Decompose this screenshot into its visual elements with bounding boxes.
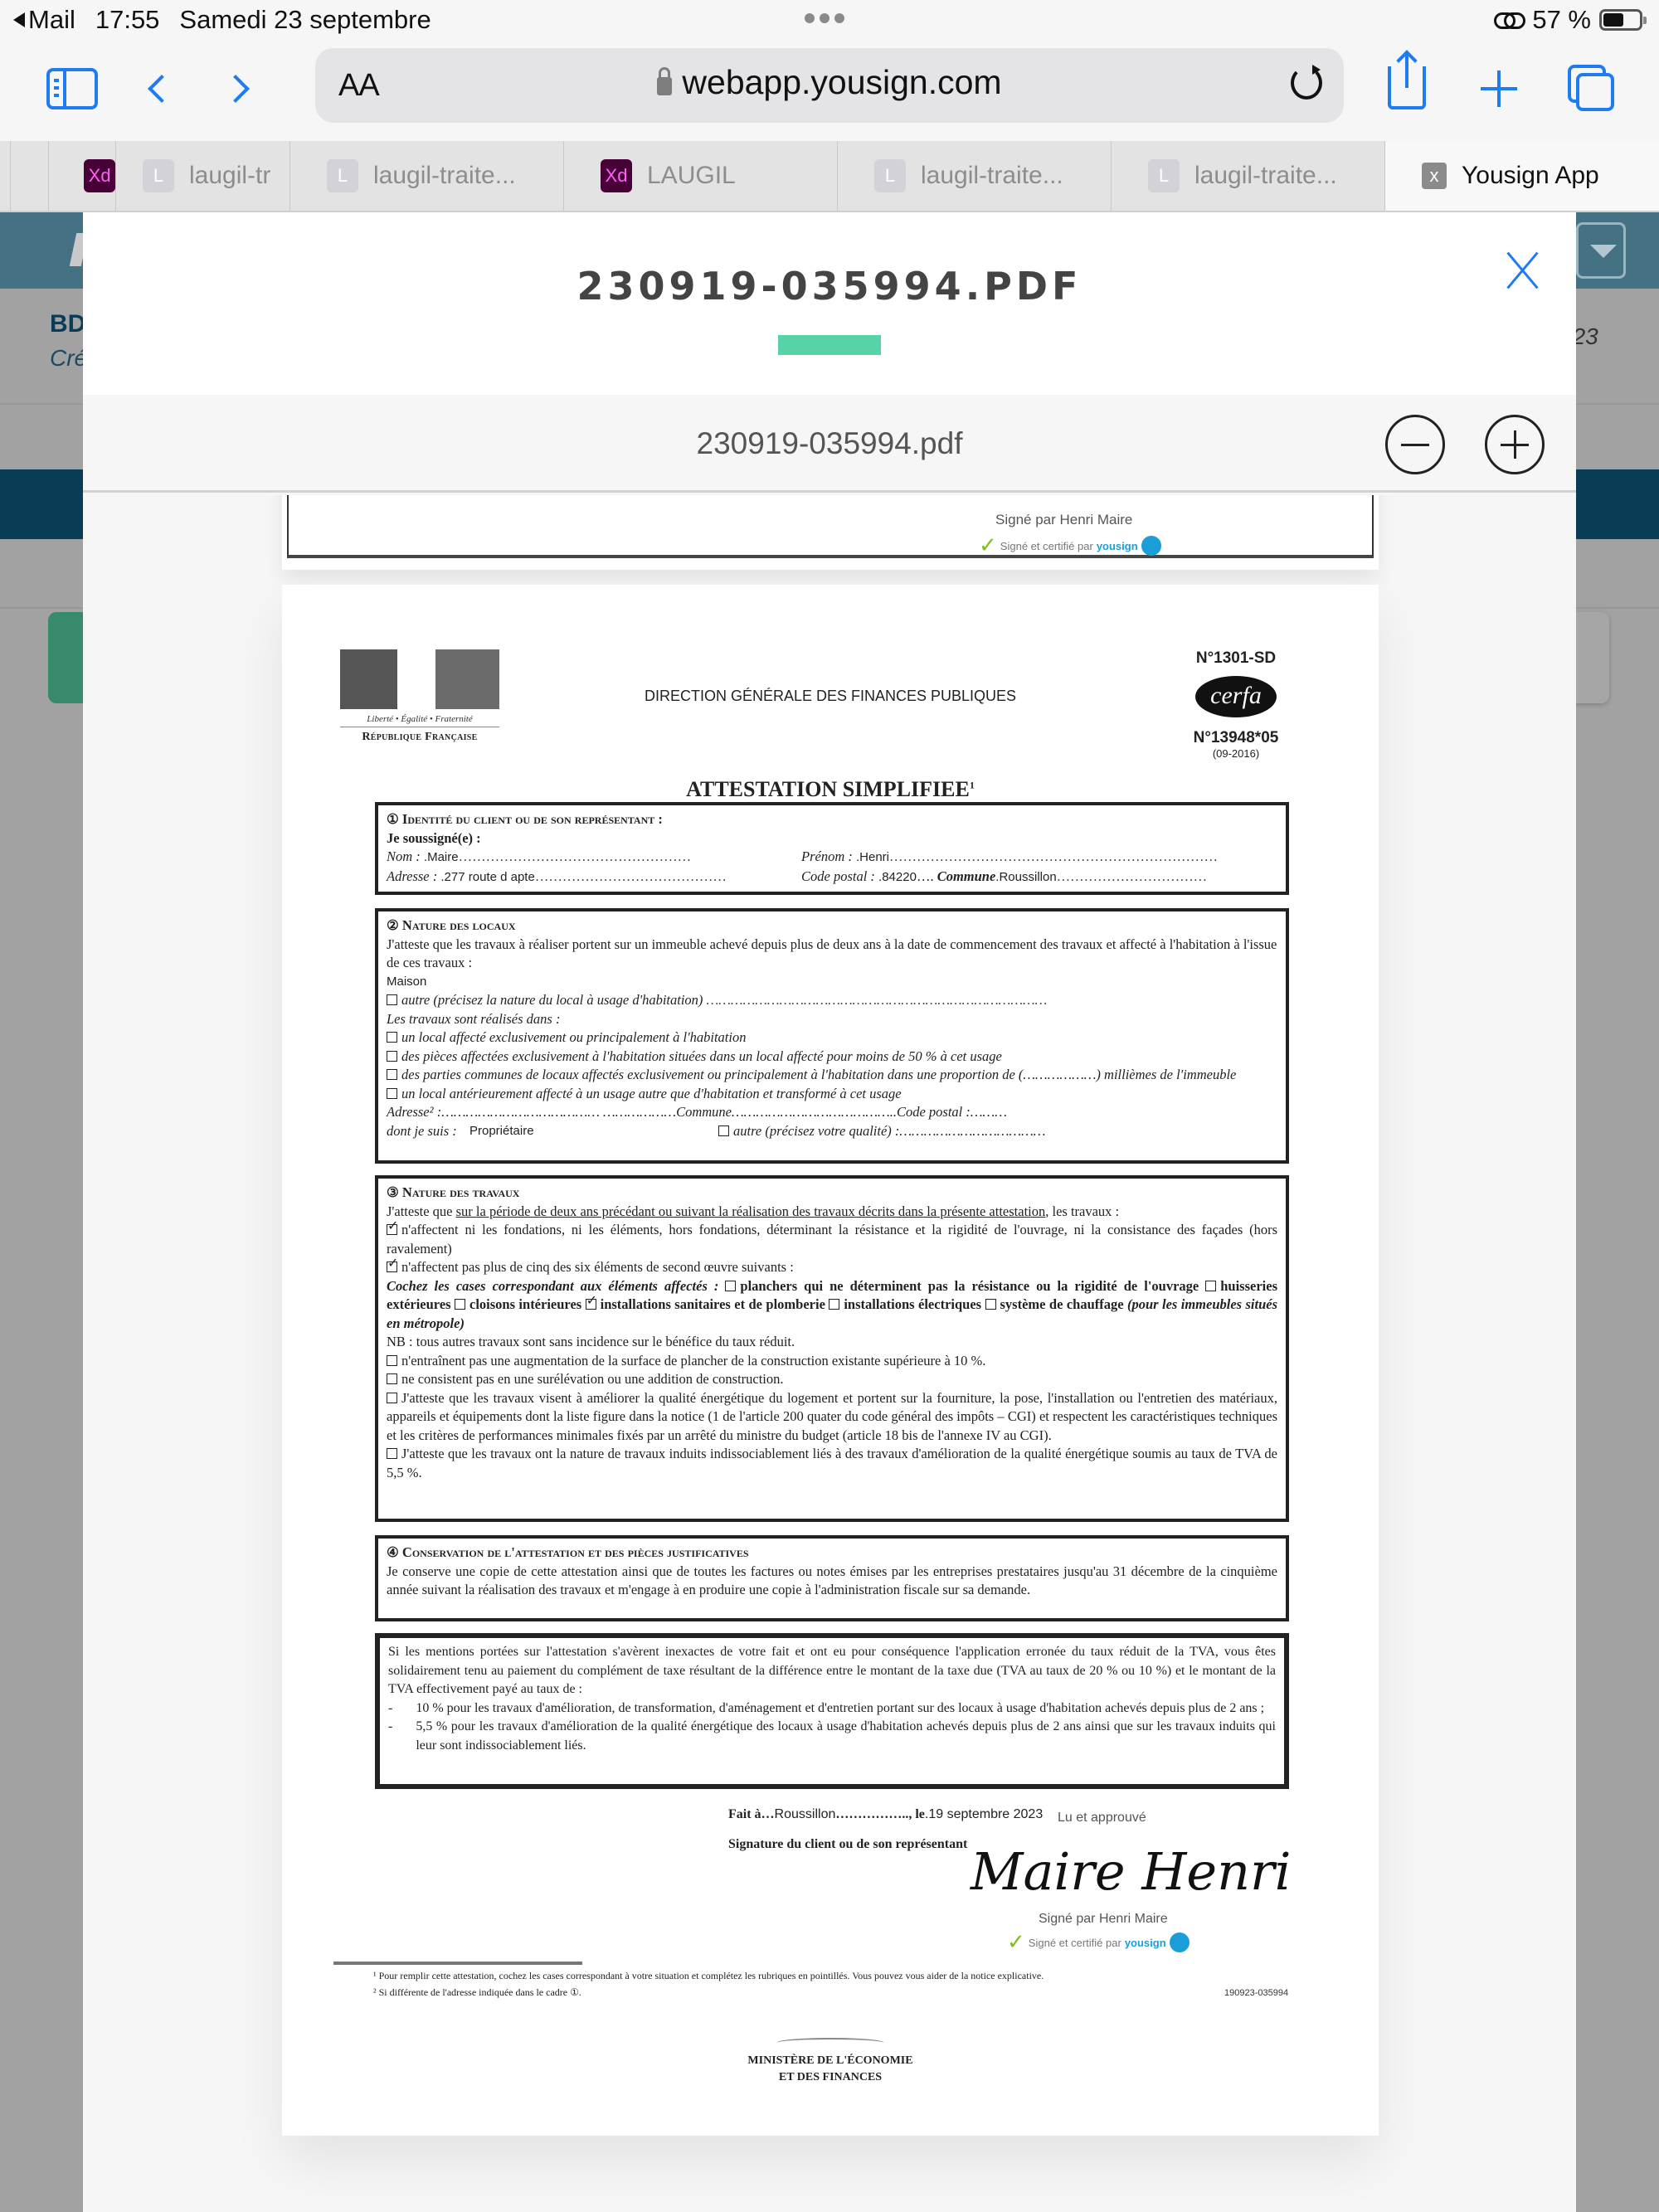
element-option: installations électriques xyxy=(829,1296,981,1312)
section-identity: ① Identité du client ou de son représent… xyxy=(375,802,1289,895)
previous-page-frame xyxy=(287,495,1374,558)
browser-toolbar: AA webapp.yousign.com xyxy=(0,41,1659,141)
close-icon[interactable] xyxy=(1503,250,1543,290)
pdf-page: Liberté • Égalité • Fraternité Républiqu… xyxy=(282,585,1379,2136)
section-nature-locaux: ② Nature des locaux J'atteste que les tr… xyxy=(375,908,1289,1164)
section-locaux-heading: ② Nature des locaux xyxy=(387,916,1277,936)
nb-note: NB : tous autres travaux sont sans incid… xyxy=(387,1333,1277,1352)
checkbox-autre-local[interactable] xyxy=(387,994,397,1005)
checkbox[interactable] xyxy=(985,1299,996,1310)
item-surface-label: n'entraînent pas une augmentation de la … xyxy=(401,1353,985,1369)
adresse-value: .277 route d apte xyxy=(440,870,534,884)
prev-cert-brand: yousign xyxy=(1097,540,1138,552)
viewer-filename: 230919-035994.pdf xyxy=(83,426,1576,461)
lu-et-approuve: Lu et approuvé xyxy=(1058,1811,1146,1826)
adobe-xd-favicon-icon: Xd xyxy=(601,159,632,192)
footnote-rule xyxy=(333,1962,582,1965)
title-footnote-ref: 1 xyxy=(970,779,975,790)
option-label: un local affecté exclusivement ou princi… xyxy=(401,1029,746,1045)
checkbox[interactable] xyxy=(387,1088,397,1099)
locaux-option: un local antérieurement affecté à un usa… xyxy=(387,1085,1277,1104)
checkbox-second-oeuvre[interactable] xyxy=(387,1262,397,1272)
republic-motto: Liberté • Égalité • Fraternité xyxy=(340,714,499,727)
tab-overview-icon[interactable] xyxy=(1568,65,1611,108)
locaux-option: des parties communes de locaux affectés … xyxy=(387,1066,1277,1085)
locaux-option: des pièces affectées exclusivement à l'h… xyxy=(387,1048,1277,1067)
bullet-marker: - xyxy=(388,1718,392,1755)
locaux-intro: J'atteste que les travaux à réaliser por… xyxy=(387,936,1277,973)
nature-locaux-value: Maison xyxy=(387,973,1277,992)
tva-bullet: -5,5 % pour les travaux d'amélioration d… xyxy=(388,1718,1276,1755)
title-accent-bar xyxy=(778,335,881,355)
yousign-certification: ✓ Signé et certifié par yousign xyxy=(1007,1930,1190,1955)
checkbox[interactable] xyxy=(829,1299,839,1310)
reload-icon[interactable] xyxy=(1291,66,1322,100)
section-nature-travaux: ③ Nature des travaux J'atteste que sur l… xyxy=(375,1175,1289,1522)
cerfa-block: N°1301-SD cerfa N°13948*05 (09-2016) xyxy=(1153,649,1319,760)
bullet-marker: - xyxy=(388,1699,392,1719)
section-avertissement: Si les mentions portées sur l'attestatio… xyxy=(375,1633,1289,1789)
ministere-arc-icon xyxy=(776,2038,884,2048)
back-app-label: Mail xyxy=(28,5,75,35)
forward-chevron-icon[interactable] xyxy=(221,75,250,103)
checkbox[interactable] xyxy=(1205,1281,1216,1291)
adresse-local-line: Adresse² :………………………………… ………………Commune………… xyxy=(387,1103,1277,1122)
yousign-logo-icon xyxy=(1170,1932,1190,1952)
tva-bullet: -10 % pour les travaux d'amélioration, d… xyxy=(388,1699,1276,1719)
realises-dans-label: Les travaux sont réalisés dans : xyxy=(387,1010,1277,1029)
adresse-label: Adresse : xyxy=(387,868,437,884)
element-option: installations sanitaires et de plomberie xyxy=(586,1296,825,1312)
prenom-label: Prénom : xyxy=(801,848,853,864)
modal-title: 230919-035994.PDF xyxy=(83,264,1576,309)
modal-header: 230919-035994.PDF xyxy=(83,212,1576,395)
attestation-title: ATTESTATION SIMPLIFIEE1 xyxy=(282,777,1379,802)
item-surelevation-label: ne consistent pas en une surélévation ou… xyxy=(401,1371,784,1387)
tab-strip: Xd Llaugil-trLlaugil-traite...XdLAUGILLl… xyxy=(0,141,1659,212)
signed-by: Signé par Henri Maire xyxy=(1039,1912,1168,1927)
identity-intro: Je soussigné(e) : xyxy=(387,829,1277,848)
checkbox-surface[interactable] xyxy=(387,1355,397,1366)
cp-label: Code postal : xyxy=(801,868,875,884)
letter-favicon-icon: L xyxy=(1148,159,1180,192)
cert-prefix: Signé et certifié par xyxy=(1029,1937,1121,1949)
browser-tab[interactable]: XdLAUGIL xyxy=(564,141,838,211)
element-label: planchers qui ne déterminent pas la rési… xyxy=(740,1278,1199,1294)
element-option: cloisons intérieures xyxy=(455,1296,581,1312)
nom-value: .Maire xyxy=(424,850,459,864)
qualite-value: Propriétaire xyxy=(469,1122,718,1141)
prev-cert-prefix: Signé et certifié par xyxy=(1000,540,1093,552)
item-travaux-induits-label: J'atteste que les travaux ont la nature … xyxy=(387,1446,1277,1480)
section-conservation-heading: ④ Conservation de l'attestation et des p… xyxy=(387,1544,1277,1563)
browser-tab[interactable]: Llaugil-traite... xyxy=(1112,141,1385,211)
ministere-line1: MINISTÈRE DE L'ÉCONOMIE xyxy=(282,2053,1379,2069)
cerfa-logo-icon: cerfa xyxy=(1195,676,1277,717)
letter-favicon-icon: L xyxy=(874,159,906,192)
tab-label: LAUGIL xyxy=(647,162,736,190)
autre-qualite-label: autre (précisez votre qualité) :……………………… xyxy=(733,1123,1045,1139)
checkbox[interactable] xyxy=(387,1069,397,1080)
commune-label: Commune xyxy=(937,868,996,884)
browser-tab[interactable]: Llaugil-traite... xyxy=(838,141,1112,211)
travaux-intro-underlined: sur la période de deux ans précédant ou … xyxy=(456,1203,1046,1219)
letter-favicon-icon: L xyxy=(327,159,358,192)
nom-label: Nom : xyxy=(387,848,421,864)
option-label: des pièces affectées exclusivement à l'h… xyxy=(401,1048,1002,1064)
checkbox[interactable] xyxy=(387,1051,397,1062)
le-label: …………….., le xyxy=(835,1807,925,1821)
check-icon: ✓ xyxy=(979,533,997,558)
letter-favicon-icon: L xyxy=(143,159,174,192)
prev-signed-by: Signé par Henri Maire xyxy=(995,512,1132,528)
fait-a-value: Roussillon xyxy=(775,1807,836,1821)
checkbox[interactable] xyxy=(387,1032,397,1043)
cert-brand: yousign xyxy=(1125,1937,1166,1949)
fait-a-line: Fait à…Roussillon…………….., le.19 septembr… xyxy=(728,1807,1043,1822)
element-label: système de chauffage xyxy=(1000,1296,1124,1312)
sidebar-toggle-icon[interactable] xyxy=(46,68,98,109)
commune-value: .Roussillon xyxy=(995,870,1056,884)
element-label: installations électriques xyxy=(844,1296,981,1312)
fait-a-label: Fait à… xyxy=(728,1807,775,1821)
adobe-xd-favicon-icon: Xd xyxy=(84,159,115,192)
checkbox-autre-qualite[interactable] xyxy=(718,1125,729,1136)
republic-name: République Française xyxy=(340,731,499,744)
avertissement-text: Si les mentions portées sur l'attestatio… xyxy=(388,1643,1276,1699)
section-conservation: ④ Conservation de l'attestation et des p… xyxy=(375,1535,1289,1621)
url-text[interactable]: webapp.yousign.com xyxy=(682,63,1001,102)
checkbox-surelevation[interactable] xyxy=(387,1373,397,1384)
locaux-option: un local affecté exclusivement ou princi… xyxy=(387,1028,1277,1048)
tab-label: laugil-tr xyxy=(189,162,270,190)
multitasking-dots-icon[interactable] xyxy=(805,13,844,23)
tab-label: laugil-traite... xyxy=(1194,162,1337,190)
checkbox-travaux-induits[interactable] xyxy=(387,1448,397,1459)
option-label: un local antérieurement affecté à un usa… xyxy=(401,1086,902,1101)
yousign-favicon-icon: x xyxy=(1422,163,1447,189)
check-icon: ✓ xyxy=(1007,1930,1025,1955)
cerfa-number: N°13948*05 xyxy=(1153,729,1319,747)
battery-icon xyxy=(1599,9,1642,31)
checkbox[interactable] xyxy=(586,1299,596,1310)
dropdown-toggle-icon xyxy=(1576,222,1626,279)
previous-page: Signé par Henri Maire ✓ Signé et certifi… xyxy=(282,495,1379,570)
browser-tab[interactable]: Llaugil-traite... xyxy=(290,141,564,211)
handwritten-signature: Maire Henri xyxy=(971,1841,1291,1902)
yousign-logo-icon xyxy=(1141,536,1161,556)
tab-label: laugil-traite... xyxy=(373,162,516,190)
share-icon[interactable] xyxy=(1388,66,1426,109)
cerfa-date: (09-2016) xyxy=(1153,747,1319,760)
element-option: planchers qui ne déterminent pas la rési… xyxy=(725,1278,1199,1294)
pdf-viewer-toolbar: 230919-035994.pdf xyxy=(83,395,1576,493)
travaux-intro-prefix: J'atteste que xyxy=(387,1203,453,1219)
item-qualite-energetique-label: J'atteste que les travaux visent à améli… xyxy=(387,1390,1277,1443)
battery-percent: 57 % xyxy=(1532,5,1591,35)
bullet-text: 5,5 % pour les travaux d'amélioration de… xyxy=(416,1718,1276,1755)
checkbox-fondations[interactable] xyxy=(387,1224,397,1235)
bullet-text: 10 % pour les travaux d'amélioration, de… xyxy=(416,1699,1264,1719)
procedure-title: BD xyxy=(50,310,85,338)
back-chevron-icon[interactable] xyxy=(148,75,176,103)
back-to-app-link[interactable]: Mail xyxy=(13,5,75,35)
pdf-viewport[interactable]: Signé par Henri Maire ✓ Signé et certifi… xyxy=(83,495,1576,2212)
lock-icon xyxy=(657,77,672,95)
date: Samedi 23 septembre xyxy=(179,5,431,35)
date-value: .19 septembre 2023 xyxy=(925,1807,1043,1821)
cp-value: .84220 xyxy=(878,870,917,884)
element-label: installations sanitaires et de plomberie xyxy=(601,1296,825,1312)
hotspot-link-icon xyxy=(1494,11,1524,29)
tab-strip-edge xyxy=(0,141,49,211)
procedure-subtitle: Cré xyxy=(50,345,87,372)
tab-xd[interactable]: Xd xyxy=(49,141,116,211)
footnote-2: ² Si différente de l'adresse indiquée da… xyxy=(373,1986,581,1999)
new-tab-icon[interactable] xyxy=(1481,70,1517,107)
prev-certification: ✓ Signé et certifié par yousign xyxy=(979,533,1161,558)
attestation-title-text: ATTESTATION SIMPLIFIEE xyxy=(686,777,970,801)
status-bar: Mail 17:55 Samedi 23 septembre 57 % xyxy=(0,0,1659,41)
cochez-label: Cochez les cases correspondant aux éléme… xyxy=(387,1278,718,1294)
checkbox[interactable] xyxy=(455,1299,465,1310)
dont-je-suis-label: dont je suis : xyxy=(387,1122,469,1141)
checkbox[interactable] xyxy=(725,1281,736,1291)
item-fondations-label: n'affectent ni les fondations, ni les él… xyxy=(387,1222,1277,1257)
address-bar[interactable]: AA webapp.yousign.com xyxy=(315,48,1344,123)
section-identity-heading: ① Identité du client ou de son représent… xyxy=(387,810,1277,829)
travaux-intro-suffix: , les travaux : xyxy=(1045,1203,1119,1219)
document-preview-modal: 230919-035994.PDF 230919-035994.pdf Sign… xyxy=(83,212,1576,2212)
item-second-oeuvre-label: n'affectent pas plus de cinq des six élé… xyxy=(401,1259,794,1275)
zoom-out-icon[interactable] xyxy=(1385,415,1445,474)
checkbox-qualite-energetique[interactable] xyxy=(387,1393,397,1403)
zoom-in-icon[interactable] xyxy=(1485,415,1545,474)
ministere-logo: MINISTÈRE DE L'ÉCONOMIE ET DES FINANCES xyxy=(282,2038,1379,2086)
option-label: des parties communes de locaux affectés … xyxy=(401,1067,1236,1082)
tab-label: laugil-traite... xyxy=(921,162,1063,190)
document-id: 190923-035994 xyxy=(1224,1988,1288,1998)
signature-label: Signature du client ou de son représenta… xyxy=(728,1837,967,1852)
tab-label: Yousign App xyxy=(1462,162,1599,190)
element-option: système de chauffage xyxy=(985,1296,1124,1312)
browser-tab[interactable]: xYousign App xyxy=(1385,141,1659,211)
prenom-value: .Henri xyxy=(856,850,889,864)
browser-tab[interactable]: Llaugil-tr xyxy=(116,141,290,211)
form-number: N°1301-SD xyxy=(1153,649,1319,668)
ministere-line2: ET DES FINANCES xyxy=(282,2069,1379,2086)
element-label: cloisons intérieures xyxy=(469,1296,581,1312)
conservation-text: Je conserve une copie de cette attestati… xyxy=(387,1563,1277,1600)
footnote-1: ¹ Pour remplir cette attestation, cochez… xyxy=(373,1970,1044,1982)
clock: 17:55 xyxy=(95,5,160,35)
autre-local-label: autre (précisez la nature du local à usa… xyxy=(401,992,703,1008)
section-travaux-heading: ③ Nature des travaux xyxy=(387,1184,1277,1203)
